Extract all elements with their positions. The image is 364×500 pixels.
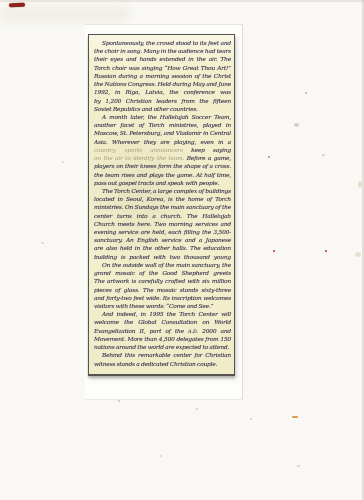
text-line: players on their knees form the shape of…	[94, 163, 231, 171]
text-line: Evangelization II, part of the A.D. 2000…	[94, 328, 231, 336]
text-run: Evangelization II, part of the	[94, 329, 188, 335]
text-run: visitors with these words: “Come and See…	[94, 304, 213, 310]
dust-speck	[268, 156, 270, 158]
text-run: Movement. More than 4,500 delegates from…	[94, 337, 231, 343]
dust-speck	[292, 416, 298, 418]
text-line: The artwork is carefully crafted with si…	[94, 278, 231, 286]
text-run: welcome the Global Consultation on World	[94, 320, 231, 326]
text-run: and forty-two feet wide. Its inscription…	[94, 296, 231, 302]
dust-speck	[118, 400, 120, 402]
text-line: Movement. More than 4,500 delegates from…	[94, 336, 231, 344]
text-run: building is packed with two thousand you…	[94, 255, 231, 262]
text-line: the choir in song. Many in the audience …	[94, 48, 231, 56]
text-line: grand mosaic of the Good Shepherd greets…	[94, 270, 231, 278]
text-run: Asia. Wherever they are playing, even in…	[94, 140, 231, 147]
text-line: located in Seoul, Korea, is the home of …	[94, 196, 231, 204]
text-line: Moscow, St. Petersburg, and Vladamir in …	[94, 130, 231, 138]
dust-speck	[305, 92, 307, 94]
text-line: by 1,200 Christian leaders from the fift…	[94, 98, 231, 106]
clipping-text: Spontaneously, the crowd stood to its fe…	[89, 35, 234, 374]
text-run: witness stands a dedicated Christian cou…	[94, 362, 217, 368]
text-run: A month later, the Hallelujah Soccer Tea…	[102, 115, 231, 121]
text-run: are also held in the other halls. The ed…	[94, 246, 231, 252]
text-line: their eyes and hands extended in the air…	[94, 56, 231, 64]
text-line: on the air to identify the team. Before …	[94, 155, 231, 163]
dust-speck	[62, 161, 64, 163]
text-line: ministries. On Sundays the main sanctuar…	[94, 204, 231, 212]
dust-speck	[41, 242, 44, 244]
text-run: Behind this remarkable center for Christ…	[102, 353, 231, 359]
text-run: pass out gospel tracts and speak with pe…	[94, 181, 219, 187]
text-run: The artwork is carefully crafted with si…	[94, 279, 231, 285]
text-line: Behind this remarkable center for Christ…	[94, 352, 231, 360]
text-line: A month later, the Hallelujah Soccer Tea…	[94, 114, 231, 122]
dust-speck	[250, 418, 252, 420]
text-line: the Nations Congress. Held during May an…	[94, 81, 231, 89]
text-run: And indeed, in 1995 the Torch Center wil…	[102, 312, 231, 318]
text-line: another facet of Torch ministries, playe…	[94, 122, 231, 130]
text-line: center turns into a church. The Halleluj…	[94, 213, 231, 221]
text-run: ministries. On Sundays the main sanctuar…	[94, 205, 231, 211]
dust-speck	[322, 154, 325, 156]
text-line: welcome the Global Consultation on World	[94, 319, 231, 327]
text-line: And indeed, in 1995 the Torch Center wil…	[94, 311, 231, 319]
text-run: grand mosaic of the Good Shepherd greets…	[94, 271, 231, 278]
text-line: and forty-two feet wide. Its inscription…	[94, 295, 231, 303]
text-line: Church meets here. Two morning services …	[94, 221, 231, 229]
faded-text-run: on the air to identify the team.	[94, 156, 184, 162]
dust-speck	[160, 455, 162, 457]
scanned-page: Spontaneously, the crowd stood to its fe…	[0, 0, 364, 500]
text-run: Church meets here. Two morning services …	[94, 222, 231, 229]
text-line: pieces of glass. The mosaic stands sixty…	[94, 287, 231, 295]
text-line: Soviet Republics and other countries.	[94, 106, 231, 114]
text-run: nations around the world are expected to…	[94, 345, 229, 351]
text-line: Asia. Wherever they are playing, even in…	[94, 139, 231, 147]
backing-sheet: Spontaneously, the crowd stood to its fe…	[85, 24, 243, 400]
text-line: pass out gospel tracts and speak with pe…	[94, 180, 231, 188]
text-line: visitors with these words: “Come and See…	[94, 303, 231, 311]
text-line: On the outside wall of the main sanctuar…	[94, 262, 231, 270]
text-line: evening service are held, each filling t…	[94, 229, 231, 237]
text-line: 1992, in Riga, Latvia, the conference wa…	[94, 89, 231, 97]
text-run: Moscow, St. Petersburg, and Vladamir in …	[94, 131, 231, 137]
text-line: Russian during a morning session of the …	[94, 73, 231, 81]
text-run: evening service are held, each filling t…	[94, 230, 231, 237]
text-line: country, sports announcers keep saying “…	[94, 147, 231, 155]
text-line: are also held in the other halls. The ed…	[94, 245, 231, 253]
text-run: Spontaneously, the crowd stood to its fe…	[94, 41, 231, 48]
text-line: Spontaneously, the crowd stood to its fe…	[94, 40, 231, 48]
dust-speck	[294, 123, 299, 127]
text-line: nations around the world are expected to…	[94, 344, 231, 352]
newspaper-clipping: Spontaneously, the crowd stood to its fe…	[88, 34, 235, 376]
text-run: Torch choir was singing “How Great Thou …	[94, 66, 231, 73]
red-speck	[325, 250, 327, 252]
text-line: the team rises and plays the game. At ha…	[94, 172, 231, 180]
text-run: The Torch Center, a large complex of bui…	[102, 189, 231, 195]
text-line: sanctuary. An English service and a Japa…	[94, 237, 231, 245]
text-run: the choir in song. Many in the audience …	[94, 49, 231, 56]
text-run: their eyes and hands extended in the air…	[94, 57, 231, 64]
dust-speck	[355, 252, 361, 257]
text-run: Russian during a morning session of the …	[94, 74, 231, 81]
dust-speck	[358, 181, 362, 188]
text-run: 1992, in Riga, Latvia, the conference wa…	[94, 90, 231, 97]
text-run: players on their knees form the shape of…	[94, 164, 231, 171]
scan-edge-top	[0, 0, 364, 2]
scan-smudge	[0, 6, 130, 22]
text-run: the Nations Congress. Held during May an…	[94, 82, 231, 89]
text-run: pieces of glass. The mosaic stands sixty…	[94, 288, 231, 295]
red-speck	[273, 250, 275, 252]
faded-text-run: country, sports announcers	[94, 148, 183, 154]
text-run: sanctuary. An English service and a Japa…	[94, 238, 231, 245]
dust-speck	[297, 465, 300, 467]
dust-speck	[196, 408, 198, 410]
text-run: the team rises and plays the game. At ha…	[94, 173, 231, 180]
text-run: located in Seoul, Korea, is the home of …	[94, 197, 231, 203]
text-line: witness stands a dedicated Christian cou…	[94, 361, 231, 369]
text-run: A.D.	[188, 330, 198, 335]
text-run: another facet of Torch ministries, playe…	[94, 123, 231, 129]
text-run: Soviet Republics and other countries.	[94, 107, 198, 113]
red-pen-mark	[9, 3, 25, 8]
text-run: center turns into a church. The Halleluj…	[94, 214, 231, 221]
text-line: The Torch Center, a large complex of bui…	[94, 188, 231, 196]
text-run: by 1,200 Christian leaders from the fift…	[94, 99, 231, 106]
text-line: building is packed with two thousand you…	[94, 254, 231, 262]
text-run: On the outside wall of the main sanctuar…	[102, 263, 231, 269]
text-line: Torch choir was singing “How Great Thou …	[94, 65, 231, 73]
